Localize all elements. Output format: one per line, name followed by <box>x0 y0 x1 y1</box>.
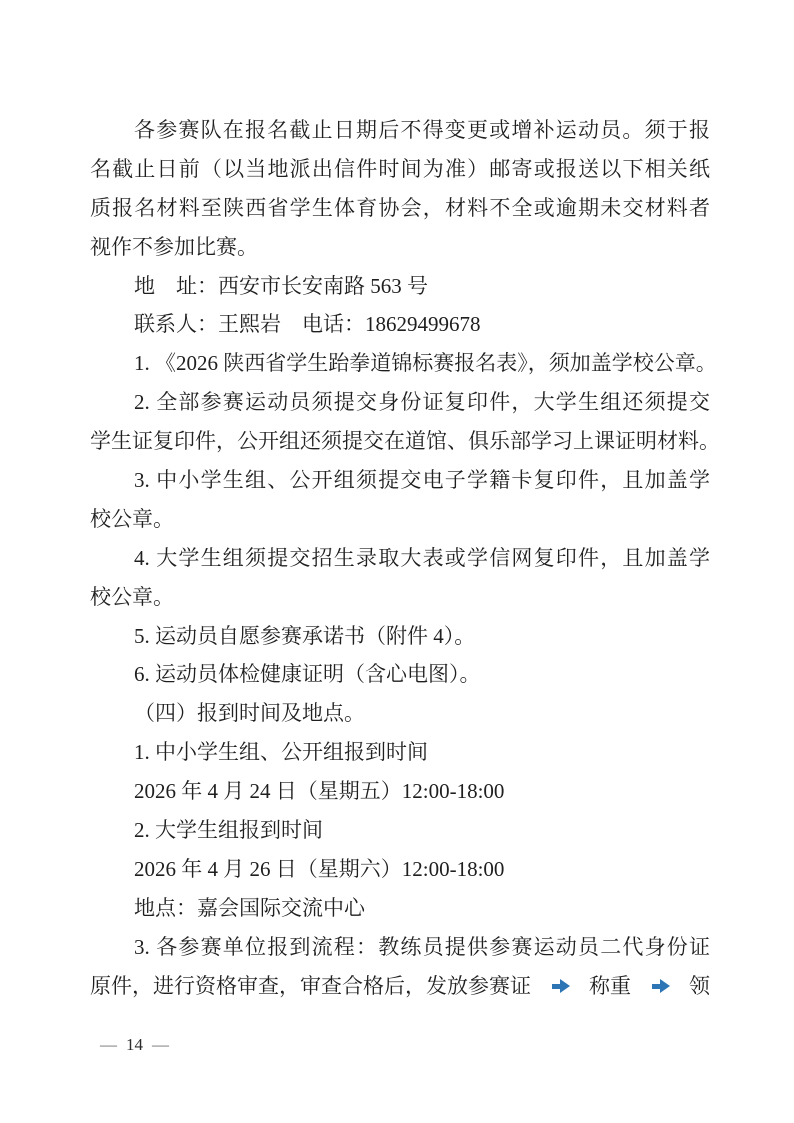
page-number-footer: —14— <box>100 1031 169 1059</box>
list-item-2-continuation: 学生证复印件，公开组还须提交在道馆、俱乐部学习上课证明材料。 <box>90 422 710 461</box>
paragraph-line: 质报名材料至陕西省学生体育协会，材料不全或逾期未交材料者 <box>90 189 710 228</box>
document-page: 各参赛队在报名截止日期后不得变更或增补运动员。须于报 名截止日前（以当地派出信件… <box>0 0 794 1123</box>
footer-right-dash: — <box>152 1035 169 1054</box>
document-body: 各参赛队在报名截止日期后不得变更或增补运动员。须于报 名截止日前（以当地派出信件… <box>90 111 710 1005</box>
paragraph-line: 各参赛队在报名截止日期后不得变更或增补运动员。须于报 <box>90 111 710 150</box>
checkin-item-1: 1. 中小学生组、公开组报到时间 <box>90 733 710 772</box>
page-number: 14 <box>126 1035 143 1054</box>
list-item-3-student-record: 3. 中小学生组、公开组须提交电子学籍卡复印件，且加盖学 <box>90 461 710 500</box>
address-line: 地 址：西安市长安南路 563 号 <box>90 267 710 306</box>
paragraph-line: 视作不参加比赛。 <box>90 228 710 267</box>
right-arrow-icon <box>651 979 670 993</box>
flow-step-weigh: 称重 <box>589 967 631 1006</box>
paragraph-line: 名截止日前（以当地派出信件时间为准）邮寄或报送以下相关纸 <box>90 150 710 189</box>
checkin-item-3-flow: 3. 各参赛单位报到流程：教练员提供参赛运动员二代身份证 <box>90 928 710 967</box>
right-arrow-icon <box>551 979 570 993</box>
checkin-date-line: 2026 年 4 月 26 日（星期六）12:00-18:00 <box>90 850 710 889</box>
list-item-1-entry-form: 1. 《2026 陕西省学生跆拳道锦标赛报名表》，须加盖学校公章。 <box>90 344 710 383</box>
contact-line: 联系人：王熙岩 电话：18629499678 <box>90 305 710 344</box>
list-item-4-admission-form: 4. 大学生组须提交招生录取大表或学信网复印件，且加盖学 <box>90 539 710 578</box>
flow-step-last: 领 <box>689 967 710 1006</box>
footer-left-dash: — <box>100 1035 117 1054</box>
list-item-2-id-copy: 2. 全部参赛运动员须提交身份证复印件，大学生组还须提交 <box>90 383 710 422</box>
section-heading-checkin: （四）报到时间及地点。 <box>90 694 710 733</box>
flow-text-pre: 原件，进行资格审查，审查合格后，发放参赛证 <box>90 967 531 1006</box>
list-item-5-commitment: 5. 运动员自愿参赛承诺书（附件 4）。 <box>90 617 710 656</box>
checkin-flow-line: 原件，进行资格审查，审查合格后，发放参赛证 称重 领 <box>90 967 710 1006</box>
list-item-4-continuation: 校公章。 <box>90 578 710 617</box>
venue-line: 地点：嘉会国际交流中心 <box>90 889 710 928</box>
checkin-item-2: 2. 大学生组报到时间 <box>90 811 710 850</box>
checkin-date-line: 2026 年 4 月 24 日（星期五）12:00-18:00 <box>90 772 710 811</box>
list-item-6-health-cert: 6. 运动员体检健康证明（含心电图）。 <box>90 655 710 694</box>
list-item-3-continuation: 校公章。 <box>90 500 710 539</box>
